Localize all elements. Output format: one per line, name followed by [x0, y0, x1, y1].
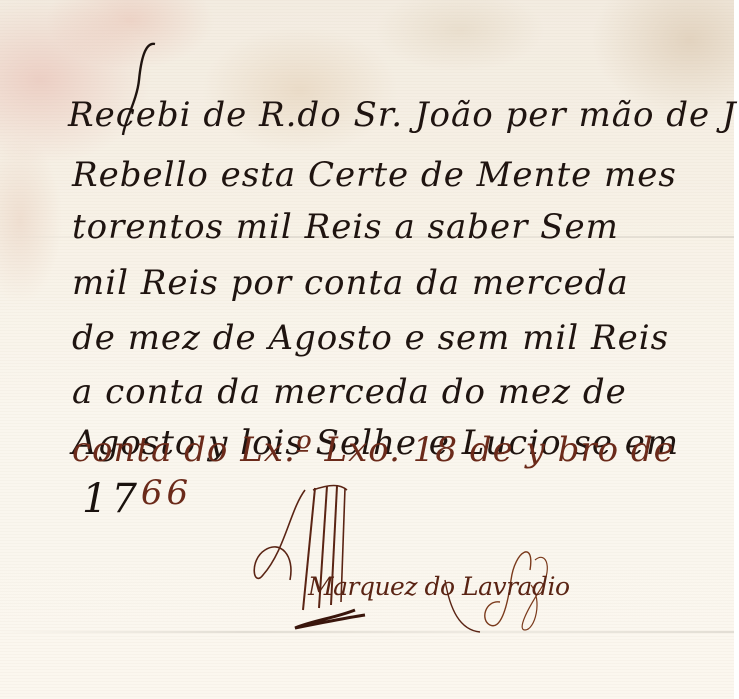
text-line-3: torentos mil Reis a saber Sem	[72, 207, 619, 247]
text-line-5: de mez de Agosto e sem mil Reis	[72, 318, 669, 358]
year-suffix: 66	[141, 473, 192, 513]
signature-monogram-icon	[235, 480, 585, 645]
text-line-2: Rebello esta Certe de Mente mes	[72, 155, 677, 195]
signature-name: Marquez do Lavradio	[308, 572, 570, 601]
text-line-1: Recebi de R.do Sr. João per mão de Jnê	[68, 95, 739, 135]
text-line-8: conta do Lx.º Lxo. 18 de y bro de	[72, 430, 675, 470]
text-line-6: a conta da merceda do mez de	[72, 372, 627, 412]
document-year: 1766	[82, 476, 192, 522]
text-line-4: mil Reis por conta da merceda	[72, 263, 629, 303]
year-prefix: 17	[82, 476, 141, 522]
